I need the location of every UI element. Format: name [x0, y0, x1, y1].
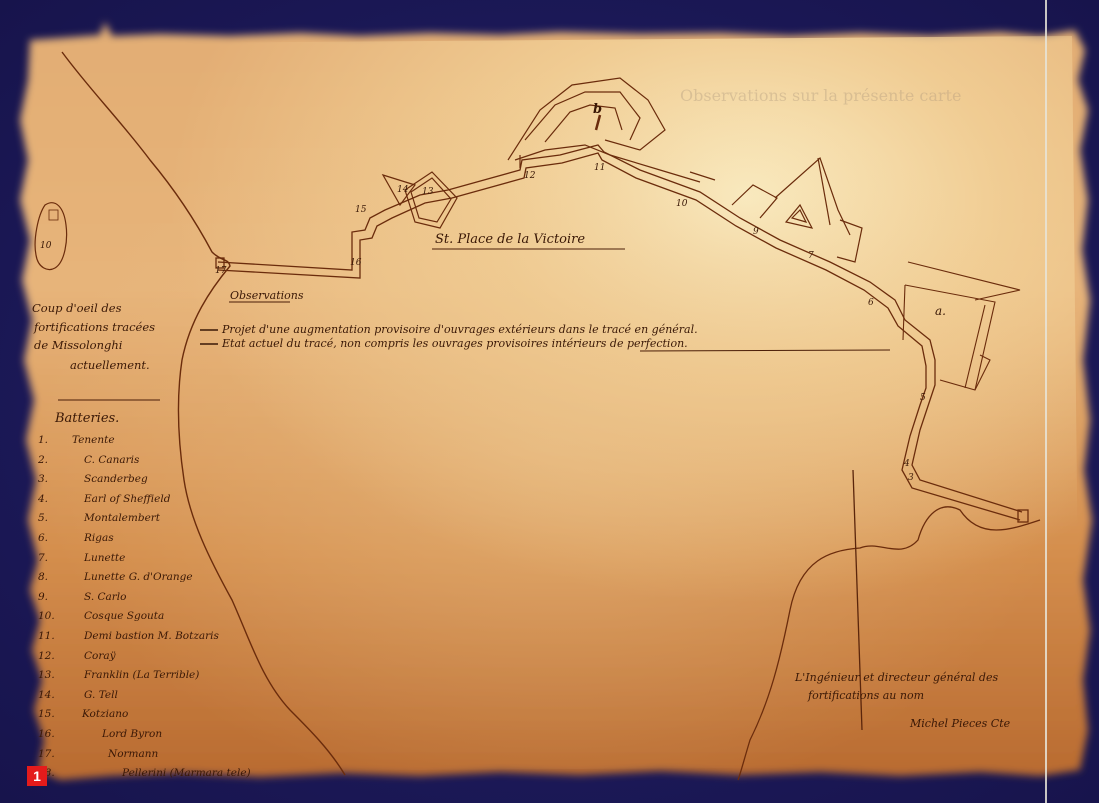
observations-heading: Observations: [230, 290, 304, 301]
legend-item: 10.Cosque Sgouta: [38, 611, 164, 622]
legend-item: 3.Scanderbeg: [38, 474, 148, 485]
observation-line-1: Projet d'une augmentation provisoire d'o…: [222, 324, 698, 335]
point-10: 10: [676, 199, 688, 209]
legend-item-name: Franklin (La Terrible): [84, 669, 199, 681]
point-17: 17: [215, 266, 227, 276]
legend-item-name: Demi bastion M. Botzaris: [84, 630, 219, 642]
legend-item: 8.Lunette G. d'Orange: [38, 572, 193, 583]
legend-item: 6.Rigas: [38, 533, 114, 544]
legend-item-name: G. Tell: [84, 689, 118, 701]
title-line-3: de Missolonghi: [34, 340, 122, 352]
legend-item: 9.S. Carlo: [38, 592, 127, 603]
point-5: 5: [920, 393, 926, 403]
point-9: 9: [753, 227, 759, 237]
legend-item: 11.Demi bastion M. Botzaris: [38, 631, 219, 642]
legend-item-name: C. Canaris: [84, 454, 139, 466]
legend-heading: Batteries.: [55, 412, 119, 425]
island-number: 10: [40, 241, 52, 251]
place-name-label: St. Place de la Victoire: [435, 233, 585, 246]
legend-item-number: 7.: [38, 553, 84, 564]
show-through-text: Observations sur la présente carte: [680, 86, 961, 105]
legend-item: 18.Pellerini (Marmara tele): [38, 768, 251, 779]
point-4: 4: [903, 459, 910, 469]
legend-item-number: 4.: [38, 494, 84, 505]
bastion-letter-b: b: [593, 103, 602, 116]
legend-item: 12.Coraÿ: [38, 651, 116, 662]
legend-item-number: 5.: [38, 513, 84, 524]
legend-item: 13.Franklin (La Terrible): [38, 670, 199, 681]
title-line-2: fortifications tracées: [34, 322, 155, 334]
point-7: 7: [808, 251, 814, 261]
signature-line-2: fortifications au nom: [808, 690, 924, 701]
legend-item-number: 12.: [38, 651, 84, 662]
legend-item-number: 16.: [38, 729, 102, 740]
legend-item-number: 18.: [38, 768, 122, 779]
legend-item-number: 14.: [38, 690, 84, 701]
figure-number-badge: 1: [27, 766, 47, 786]
point-6: 6: [868, 298, 874, 308]
legend-item-name: S. Carlo: [84, 591, 127, 603]
legend-item-number: 9.: [38, 592, 84, 603]
legend-item-name: Normann: [108, 748, 158, 760]
legend-item-number: 11.: [38, 631, 84, 642]
point-16: 16: [350, 258, 362, 268]
legend-item-number: 2.: [38, 455, 84, 466]
point-11: 11: [594, 163, 605, 173]
legend-item-name: Cosque Sgouta: [84, 610, 164, 622]
point-13: 13: [422, 187, 434, 197]
legend-item-number: 15.: [38, 709, 82, 720]
legend-item-name: Lunette: [84, 552, 125, 564]
legend-item-name: Pellerini (Marmara tele): [122, 767, 251, 779]
point-3: 3: [908, 473, 914, 483]
legend-item: 4.Earl of Sheffield: [38, 494, 170, 505]
legend-item-number: 1.: [38, 435, 72, 446]
legend-item: 16.Lord Byron: [38, 729, 162, 740]
legend-item-name: Scanderbeg: [84, 473, 148, 485]
legend-item-name: Rigas: [84, 532, 114, 544]
legend-item-number: 17.: [38, 749, 108, 760]
legend-item-number: 13.: [38, 670, 84, 681]
legend-item: 7.Lunette: [38, 553, 125, 564]
book-gutter: [1045, 0, 1047, 803]
title-line-4: actuellement.: [70, 360, 150, 372]
title-line-1: Coup d'oeil des: [32, 303, 121, 315]
point-15: 15: [355, 205, 367, 215]
legend-item: 17.Normann: [38, 749, 158, 760]
legend-item: 1.Tenente: [38, 435, 115, 446]
legend-item-number: 6.: [38, 533, 84, 544]
legend-item-number: 3.: [38, 474, 84, 485]
legend-item: 14.G. Tell: [38, 690, 118, 701]
legend-item: 15.Kotziano: [38, 709, 128, 720]
legend-item-name: Coraÿ: [84, 650, 116, 662]
legend-item-name: Tenente: [72, 434, 115, 446]
legend-item-name: Lunette G. d'Orange: [84, 571, 193, 583]
signature-line-1: L'Ingénieur et directeur général des: [795, 672, 998, 683]
point-14: 14: [397, 185, 409, 195]
legend-item-name: Montalembert: [84, 512, 160, 524]
legend-item-number: 8.: [38, 572, 84, 583]
manuscript-map: 17 16 15 14 13 12 11 10 9 7 6 5 4 3 10 O…: [0, 0, 1099, 803]
legend-item-name: Earl of Sheffield: [84, 493, 170, 505]
point-12: 12: [524, 171, 536, 181]
signature-line-3: Michel Pieces Cte: [910, 718, 1010, 729]
legend-item: 2.C. Canaris: [38, 455, 139, 466]
legend-item-name: Lord Byron: [102, 728, 162, 740]
observation-line-2: Etat actuel du tracé, non compris les ou…: [222, 338, 688, 349]
legend-item-name: Kotziano: [82, 708, 128, 720]
legend-item-number: 10.: [38, 611, 84, 622]
bastion-letter-a: a.: [935, 305, 946, 317]
legend-item: 5.Montalembert: [38, 513, 160, 524]
